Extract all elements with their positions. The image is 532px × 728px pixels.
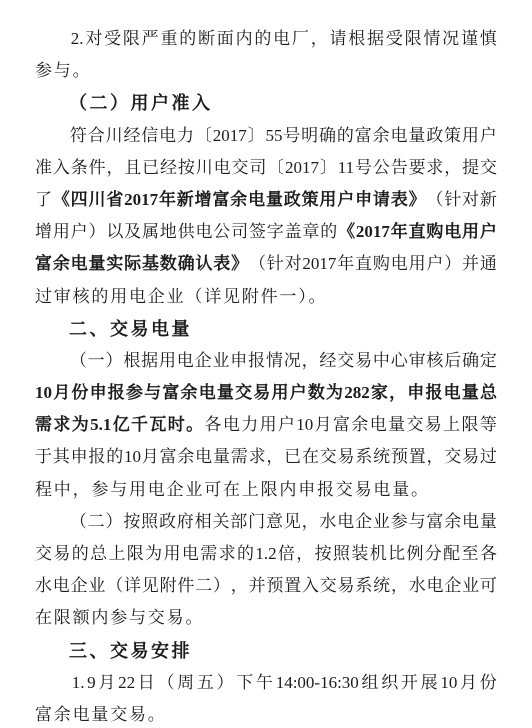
- document-body: 2.对受限严重的断面内的电厂，请根据受限情况谨慎参与。（二）用户准入符合川经信电…: [35, 23, 497, 728]
- text-line: 2.对受限严重的断面内的电厂，请根据受限情况谨慎: [35, 23, 497, 55]
- text-line: 富余电量交易。: [35, 699, 497, 728]
- text-line: 增用户）以及属地供电公司签字盖章的《2017年直购电用户: [35, 216, 497, 248]
- document-page: 2.对受限严重的断面内的电厂，请根据受限情况谨慎参与。（二）用户准入符合川经信电…: [0, 0, 532, 728]
- text-line: 程中，参与用电企业可在上限内申报交易电量。: [35, 474, 497, 506]
- text-line: （一）根据用电企业申报情况，经交易中心审核后确定: [35, 345, 497, 377]
- text-line: 1.9月22日（周五）下午14:00-16:30组织开展10月份: [35, 667, 497, 699]
- text-line: 在限额内参与交易。: [35, 602, 497, 634]
- text-line: 交易的总上限为用电需求的1.2倍，按照装机比例分配至各: [35, 538, 497, 570]
- text-line: 富余电量实际基数确认表》（针对2017年直购电用户）并通: [35, 248, 497, 280]
- text-line: 过审核的用电企业（详见附件一）。: [35, 281, 497, 313]
- text-line: （二）按照政府相关部门意见，水电企业参与富余电量: [35, 506, 497, 538]
- text-line: 了《四川省2017年新增富余电量政策用户申请表》（针对新: [35, 184, 497, 216]
- section-heading: （二）用户准入: [35, 87, 497, 119]
- text-line: 于其申报的10月富余电量需求，已在交易系统预置，交易过: [35, 441, 497, 473]
- text-line: 水电企业（详见附件二），并预置入交易系统，水电企业可: [35, 570, 497, 602]
- section-heading: 三、交易安排: [35, 635, 497, 667]
- section-heading: 二、交易电量: [35, 313, 497, 345]
- text-line: 准入条件，且已经按川电交司〔2017〕11号公告要求，提交: [35, 152, 497, 184]
- text-line: 需求为5.1亿千瓦时。各电力用户10月富余电量交易上限等: [35, 409, 497, 441]
- text-line: 参与。: [35, 55, 497, 87]
- text-line: 符合川经信电力〔2017〕55号明确的富余电量政策用户: [35, 120, 497, 152]
- text-line: 10月份申报参与富余电量交易用户数为282家，申报电量总: [35, 377, 497, 409]
